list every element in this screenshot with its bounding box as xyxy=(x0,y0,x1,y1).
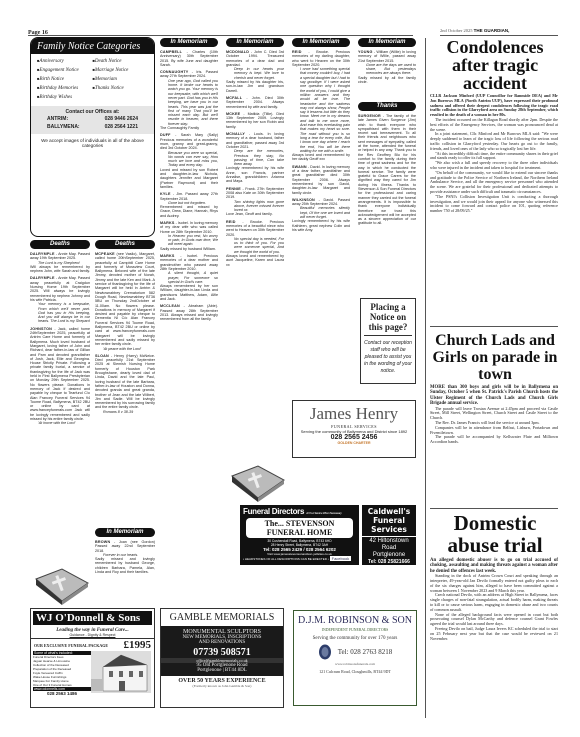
memoriam-column-2: BROWN - Joan (nee Gordon) Passed away 22… xyxy=(95,540,155,600)
ad-name: D.J.M. ROBINSON & SON xyxy=(294,615,416,626)
placing-notice-box: Placing a Notice on this page? Contact o… xyxy=(360,298,416,384)
article-divider xyxy=(430,326,558,327)
deaths-column-2: MCPEAKE (nee Vasilo), Margaret, called h… xyxy=(95,252,155,524)
fnc-title: Family Notice Categories xyxy=(31,38,154,54)
category-item: Birthday Wishes xyxy=(37,94,93,100)
ad-name: FUNERAL HOME xyxy=(246,528,353,537)
section-label-in-memoriam: In Memoriam xyxy=(226,38,284,47)
notice-text: - Jack, called home 24thSeptember 2025, … xyxy=(30,327,90,421)
ad-phone: 07739 508571 xyxy=(161,647,283,658)
memoriam-column-4: MCDONALD - John C. Died 3rd October 1994… xyxy=(226,50,284,460)
header-rule xyxy=(28,35,413,36)
section-label-in-memoriam: In Memoriam xyxy=(292,38,350,47)
notice-signoff: Sadly missed by all the family circle. xyxy=(358,76,416,84)
notice-entry: REID - Brooke. Precious memories of my d… xyxy=(292,50,350,162)
notice-verse: One year ago, God called you home. It br… xyxy=(160,79,218,126)
ad-serving: Serving the community for over 170 years xyxy=(294,636,416,641)
placing-notice-title: Placing a Notice on this page? xyxy=(364,302,412,336)
notice-signoff: Always loved and remembered by her daddy… xyxy=(292,153,350,161)
ad-price: £1995 xyxy=(124,639,152,651)
ad-sub: FUNERAL & MONUMENTAL SERVICES xyxy=(31,624,154,628)
notice-entry: MARKS - Isobel. Precious memories of a d… xyxy=(160,254,218,301)
notice-verse: In Heaven you rest, No worry or pain, In… xyxy=(160,234,218,247)
notice-verse: 'At home with the Lord' xyxy=(30,421,90,425)
notice-entry: KYLE - Jim. Passed away 27th September 2… xyxy=(160,192,218,218)
article-lead: MORE than 300 boys and girls will be in … xyxy=(430,385,558,407)
notice-entry: DUFF - Sarah Mary (Sally) Precious memor… xyxy=(160,133,218,189)
thanks-column: SURGENOR - The family of the late James … xyxy=(358,114,416,294)
column-divider xyxy=(425,38,426,718)
notice-entry: MCKEE - Matilda (Tillie). Died 13th Sept… xyxy=(226,112,284,129)
notice-text: (nee Vasilo), Margaret, called home 20th… xyxy=(95,252,155,346)
notice-entry: DALRYMPLE - Annie May. Passed away 19th … xyxy=(30,252,90,273)
memoriam-column-6: YOUNG - William (Willie) In loving memor… xyxy=(358,50,416,100)
notice-text: - The family of the late James Given Sur… xyxy=(358,114,416,225)
notice-entry: SWANN - David. In loving memory of a dea… xyxy=(292,165,350,195)
category-item: Death Notice xyxy=(93,58,149,64)
office-phone: 028 9446 2624 xyxy=(105,116,138,122)
bible-icon xyxy=(32,565,92,605)
notice-verse: Romans 8 v 38-39 xyxy=(95,410,155,414)
article-headline: Church Lads and Girls on parade in town xyxy=(430,332,560,383)
notice-signoff: Sadly missed by husband William. xyxy=(160,247,216,251)
article-lead: CLLR Jackson Minford (UUP Councillor for… xyxy=(430,94,558,118)
article-headline: Domestic abuse trial xyxy=(430,512,560,556)
package-row: OUR EXCLUSIVE FUNERAL PACKAGE £1995 xyxy=(31,638,154,651)
deaths-column-1: DALRYMPLE - Annie May. Passed away 19th … xyxy=(30,252,90,552)
ad-phone: 028 2563 1486 xyxy=(33,691,91,696)
images-note: We accept images of individuals in all o… xyxy=(31,136,154,150)
notice-entry: BROWN - Joan (nee Gordon) Passed away 22… xyxy=(95,540,155,574)
ad-stevenson: Funeral Directors At Your Service When N… xyxy=(240,505,359,565)
ad-web: www.robinsonsfunerals.com xyxy=(294,662,416,666)
publication-name: THE GUARDIAN, xyxy=(474,28,510,33)
notice-signoff: Always loved and remembered by aunt Jacq… xyxy=(226,254,284,267)
ad-package: OUR EXCLUSIVE FUNERAL PACKAGE xyxy=(34,643,108,648)
notice-verse: No special day is needed, For us to thin… xyxy=(226,237,284,254)
section-label-thanks: Thanks xyxy=(358,102,416,111)
notice-entry: CAMPBELL - Charles (10th Anniversary) 30… xyxy=(160,50,218,67)
ad-formerly: (Formerly known as John Gamble & Son) xyxy=(161,684,283,688)
ad-banner: Funeral Directors At Your Service When N… xyxy=(240,505,359,518)
notice-entry: PENNIE - Frank. 27th September 2008 also… xyxy=(226,187,284,217)
section-label-deaths: Deaths xyxy=(95,240,155,249)
ad-address: Portglenone | BT44 8DL xyxy=(161,668,283,673)
notice-verse: I once had something special that money … xyxy=(292,67,350,153)
category-item: Thanks Notice xyxy=(93,85,149,91)
bible-icon xyxy=(228,462,288,502)
ad-address: 42 Hiltonstown xyxy=(362,538,416,545)
crest-icon xyxy=(318,644,332,660)
notice-entry: MCFALL - John. Died 30th September 2004.… xyxy=(226,96,284,109)
ad-caldwell: Caldwell's Funeral Services 42 Hiltonsto… xyxy=(362,505,416,565)
notice-entry: YOUNG - William (Willie) In loving memor… xyxy=(358,50,416,84)
office-name: BALLYMENA: xyxy=(47,124,80,130)
ad-phone: 028 2565 2456 xyxy=(293,434,415,441)
ad-sub: INDEPENDENT FUNERAL DIRECTORS xyxy=(294,628,416,632)
notice-signoff: Love Jean, Geoff and family. xyxy=(226,212,273,216)
ad-footer: • HEADSTONES OF ALL DESCRIPTIONS CAN BE … xyxy=(240,556,359,561)
notice-entry: REID - Brooke. Precious memories of a be… xyxy=(226,220,284,267)
category-item: Marriage Notice xyxy=(93,67,149,73)
article-lead: An alleged domestic abuser is to go on t… xyxy=(430,558,558,574)
notice-verse: Deep are the memories, Precious they sta… xyxy=(226,149,284,166)
notice-entry: MARKS - Isobel. In loving memory of my d… xyxy=(160,221,218,251)
ad-phone-row: Tel: 028 2763 8218 xyxy=(294,644,416,660)
article-paragraph: The parade will be accompanied by Kellsw… xyxy=(430,435,558,445)
family-notice-categories-box: Family Notice Categories Anniversary Dea… xyxy=(30,37,155,237)
notice-entry: CONNAUGHTY - Iris. Passed away 27th Sept… xyxy=(160,70,218,130)
category-item: Birthday Memories xyxy=(37,85,93,91)
ad-address: Portglenone xyxy=(362,552,416,559)
ad-name: Caldwell's Funeral Services xyxy=(362,505,416,537)
article-body: MORE than 300 boys and girls will be in … xyxy=(430,385,558,445)
ad-headstones: • HEADSTONES OF ALL DESCRIPTIONS CAN BE … xyxy=(243,557,329,561)
banner-sub: At Your Service When Necessary xyxy=(306,511,341,515)
notice-entry: SLOAN - Henry (Harry) McNeice. Died peac… xyxy=(95,354,155,414)
notice-signoff: Lovingly remembered by his wife Anne, so… xyxy=(226,166,284,183)
article-body: CLLR Jackson Minford (UUP Councillor for… xyxy=(430,94,558,214)
issue-date: 2nd October 2025 THE GUARDIAN, xyxy=(440,28,509,33)
notice-signoff: Sadly missed and lovingly remembered by … xyxy=(95,557,155,574)
ad-name: The... STEVENSON xyxy=(246,519,353,528)
ad-phone: Tel: 028 25821666 xyxy=(362,559,416,565)
notice-verse: Beautiful memories silently kept, Of the… xyxy=(292,206,350,219)
header-rule-right xyxy=(440,35,558,36)
memoriam-column-5: REID - Brooke. Precious memories of my d… xyxy=(292,50,350,395)
article-paragraph: "On behalf of the community, we would li… xyxy=(430,171,558,195)
notice-text: - Henry (Harry) McNeice. Died peacefully… xyxy=(95,354,155,410)
funeral-home-building-icon xyxy=(91,651,151,693)
section-label-deaths: Deaths xyxy=(30,240,90,249)
article-paragraph: In a joint statement, Cllr. Minford and … xyxy=(430,132,558,151)
notice-signoff: Sadly missed by his daughter Iris, son-i… xyxy=(226,80,284,93)
article-paragraph: The incident occurred on the Killagan Ro… xyxy=(430,118,558,132)
notice-entry: JOHNSTON - Jack, called home 24thSeptemb… xyxy=(30,327,90,426)
notice-verse: Gone are the days we used to share, But … xyxy=(358,63,416,76)
notice-entry: DALRYMPLE - Annie May. Passed away peace… xyxy=(30,276,90,323)
ad-phone: Tel: 028 2763 8218 xyxy=(338,648,393,656)
notice-entry: MCNALLY - Louis. In loving memory of a d… xyxy=(226,132,284,184)
notice-verse: Two shining lights now gone above, forev… xyxy=(226,200,284,213)
included-items: Funeral Directors Fees Jaguar Hearse & L… xyxy=(33,655,91,687)
notice-entry: MCCLEAN - Abraham (Abie). Passed away 28… xyxy=(160,304,218,321)
ad-odonnell: WJ O'Donnell & Sons FUNERAL & MONUMENTAL… xyxy=(30,608,155,708)
ad-name: WJ O'Donnell & Sons xyxy=(33,611,152,625)
notice-signoff: Loved and missed by son Robert and daugh… xyxy=(160,168,218,189)
notice-text: - Annie May. Passed away peacefully at C… xyxy=(30,276,90,301)
article-headline: Condolences after tragic accident xyxy=(430,38,560,92)
category-item: Engagement Notice xyxy=(37,67,93,73)
ad-james-henry: James Henry FUNERAL SERVICES Serving the… xyxy=(292,400,416,458)
office-phone: 028 2564 1221 xyxy=(105,124,138,130)
article-paragraph: The parade will leave Trostan Avenue at … xyxy=(430,407,558,421)
notice-verse: Deep in our hearts your memory is kept. … xyxy=(226,67,284,80)
notice-verse: 'At peace with the Lord' xyxy=(95,347,155,351)
ad-name: GAMBLE MEMORIALS xyxy=(161,609,283,626)
notice-signoff: Lovingly remembered by his wife Kathleen… xyxy=(292,219,350,232)
notice-signoff: Always remembered by her son William, da… xyxy=(160,284,218,301)
office-ballymena: BALLYMENA:028 2564 1221 xyxy=(37,123,148,131)
notice-entry: MCDONALD - John C. Died 3rd October 1994… xyxy=(226,50,284,93)
date-text: 2nd October 2025 xyxy=(440,28,473,33)
placing-notice-text: Contact our reception staff who will be … xyxy=(364,340,412,375)
notice-signoff: The Connaughty Family xyxy=(160,126,199,130)
notice-text: - David. In loving memory of a dear fath… xyxy=(292,165,350,195)
article-paragraph: Czech national Devilo, with an address a… xyxy=(430,593,558,612)
section-label-in-memoriam: In Memoriam xyxy=(358,38,416,47)
ad-body: MONUMENTAL SCULPTORS NEW MEMORIALS, INSC… xyxy=(161,626,283,676)
memoriam-column-3: CAMPBELL - Charles (10th Anniversary) 30… xyxy=(160,50,218,605)
notice-entry: WILKINSON - David. Passed away 25th Sept… xyxy=(292,198,350,232)
section-label-in-memoriam: In Memoriam xyxy=(160,38,218,47)
notice-entry: MCPEAKE (nee Vasilo), Margaret, called h… xyxy=(95,252,155,351)
ad-line: AND RENOVATIONS xyxy=(161,640,283,645)
category-list: Anniversary Death Notice Engagement Noti… xyxy=(31,54,154,104)
included-list: Some of what's included: Funeral Directo… xyxy=(31,651,91,696)
office-contacts: Contact our Offices at: ANTRIM:028 9446 … xyxy=(31,106,154,134)
notice-verse: Because you were so special, No words ca… xyxy=(160,151,218,168)
ad-gamble: GAMBLE MEMORIALS MONUMENTAL SCULPTORS NE… xyxy=(160,608,284,708)
office-name: ANTRIM: xyxy=(47,116,68,122)
banner-text: Funeral Directors xyxy=(243,507,304,516)
included-row: Some of what's included: Funeral Directo… xyxy=(31,651,154,696)
section-label-in-memoriam: In Memoriam xyxy=(95,528,155,537)
ad-robinson: D.J.M. ROBINSON & SON INDEPENDENT FUNERA… xyxy=(293,610,417,706)
ad-name: James Henry xyxy=(293,404,415,424)
notice-signoff: Will always be remembered by nephew John… xyxy=(30,265,90,273)
ad-address: Road xyxy=(362,545,416,552)
article-divider xyxy=(430,508,558,509)
article-paragraph: Standing in the dock of Antrim Crown Cou… xyxy=(430,574,558,593)
notice-verse: A silent thought, A quiet prayer, For so… xyxy=(160,271,218,284)
notice-entry: SURGENOR - The family of the late James … xyxy=(358,114,416,226)
ad-badge: GOLDEN CHARTER xyxy=(293,441,415,445)
category-item: Birth Notice xyxy=(37,76,93,82)
notice-signoff: Remembered and missed by Grace, Drew, Di… xyxy=(160,205,218,218)
notice-verse: Your memory is a keepsake, From which we… xyxy=(30,302,90,323)
ad-address: 121 Culcrum Road, Cloughmills, BT44 9DT xyxy=(294,669,416,674)
ad-values: Guidance - Dignity & Respect xyxy=(31,633,154,637)
article-paragraph: None of the alleged background facts wer… xyxy=(430,613,558,627)
category-item: Anniversary xyxy=(37,58,93,64)
category-item: Memoriam xyxy=(93,76,149,82)
article-paragraph: Freeing Devilo on bail, Judge Laura Ieve… xyxy=(430,627,558,641)
office-antrim: ANTRIM:028 9446 2624 xyxy=(37,115,148,123)
facebook-link[interactable]: Facebook xyxy=(330,556,352,561)
article-body: An alleged domestic abuser is to go on t… xyxy=(430,558,558,641)
article-paragraph: "The PSNI's Collision Investigation Unit… xyxy=(430,195,558,214)
ad-name-box: The... STEVENSON FUNERAL HOME xyxy=(246,518,353,538)
